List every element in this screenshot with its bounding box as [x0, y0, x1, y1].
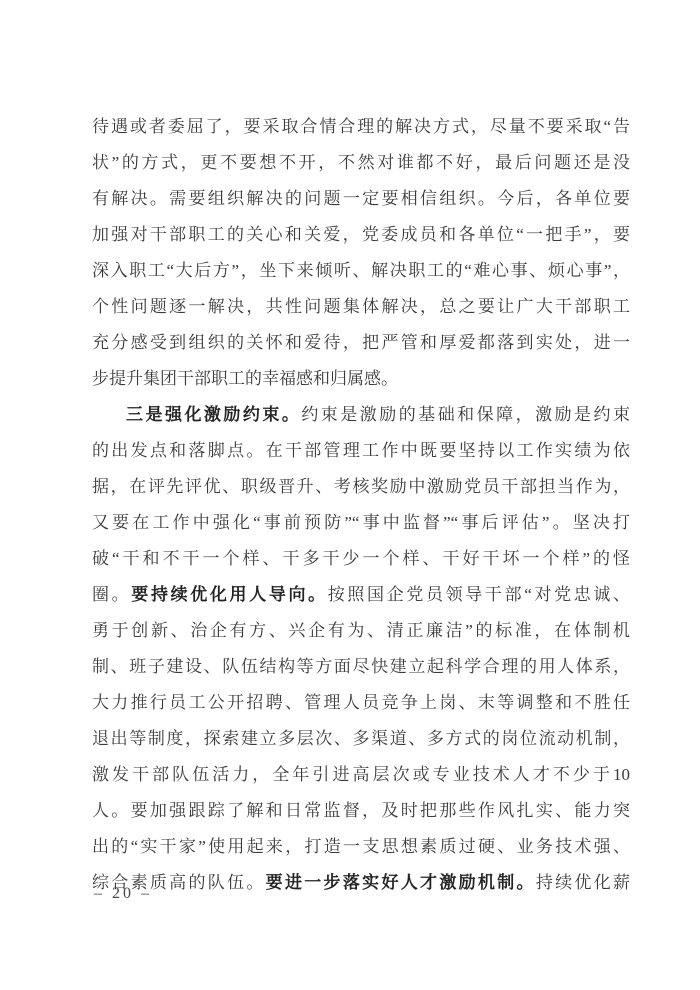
text-line: 大力推行员工公开招聘、管理人员竞争上岗、末等调整和不胜任 — [92, 685, 630, 721]
line-text: 据，在评先评优、职级晋升、考核奖励中激励党员干部担当作为， — [92, 477, 630, 496]
bold-heading-text: 三是强化激励约束。 — [126, 405, 301, 424]
text-line: 圈。要持续优化用人导向。按照国企党员领导干部“对党忠诚、 — [92, 577, 630, 613]
text-line: 退出等制度，探索建立多层次、多渠道、多方式的岗位流动机制， — [92, 721, 630, 757]
line-text: 激发干部队伍活力，全年引进高层次或专业技术人才不少于10 — [92, 765, 630, 784]
text-block: 待遇或者委屈了，要采取合情合理的解决方式，尽量不要采取“告 状”的方式，更不要想… — [92, 109, 630, 901]
line-text: 破“干和不干一个样、干多干少一个样、干好干坏一个样”的怪 — [92, 549, 630, 568]
line-text: 圈。 — [92, 585, 131, 604]
line-text: 退出等制度，探索建立多层次、多渠道、多方式的岗位流动机制， — [92, 729, 630, 748]
line-text: 约束是激励的基础和保障，激励是约束 — [301, 405, 630, 424]
line-text: 按照国企党员领导干部“对党忠诚、 — [328, 585, 630, 604]
line-text: 状”的方式，更不要想不开，不然对谁都不好，最后问题还是没 — [92, 153, 630, 172]
line-text: 步提升集团干部职工的幸福感和归属感。 — [92, 369, 398, 388]
line-text: 个性问题逐一解决，共性问题集体解决，总之要让广大干部职工 — [92, 297, 630, 316]
line-text: 大力推行员工公开招聘、管理人员竞争上岗、末等调整和不胜任 — [92, 693, 630, 712]
text-line: 加强对干部职工的关心和关爱，党委成员和各单位“一把手”，要 — [92, 217, 630, 253]
text-line: 出的“实干家”使用起来，打造一支思想素质过硬、业务技术强、 — [92, 829, 630, 865]
text-line: 状”的方式，更不要想不开，不然对谁都不好，最后问题还是没 — [92, 145, 630, 181]
text-line: 待遇或者委屈了，要采取合情合理的解决方式，尽量不要采取“告 — [92, 109, 630, 145]
line-text: 待遇或者委屈了，要采取合情合理的解决方式，尽量不要采取“告 — [92, 117, 630, 136]
line-text: 人。要加强跟踪了解和日常监督，及时把那些作风扎实、能力突 — [92, 801, 630, 820]
text-line: 的出发点和落脚点。在干部管理工作中既要坚持以工作实绩为依 — [92, 433, 630, 469]
line-text: 加强对干部职工的关心和关爱，党委成员和各单位“一把手”，要 — [92, 225, 630, 244]
text-line: 激发干部队伍活力，全年引进高层次或专业技术人才不少于10 — [92, 757, 630, 793]
text-line: 制、班子建设、队伍结构等方面尽快建立起科学合理的用人体系， — [92, 649, 630, 685]
text-line: 据，在评先评优、职级晋升、考核奖励中激励党员干部担当作为， — [92, 469, 630, 505]
text-line: 深入职工“大后方”，坐下来倾听、解决职工的“难心事、烦心事”， — [92, 253, 630, 289]
line-text: 有解决。需要组织解决的问题一定要相信组织。今后，各单位要 — [92, 189, 630, 208]
document-page: 待遇或者委屈了，要采取合情合理的解决方式，尽量不要采取“告 状”的方式，更不要想… — [0, 0, 700, 990]
page-number: – 20 – — [94, 882, 152, 906]
text-line: 有解决。需要组织解决的问题一定要相信组织。今后，各单位要 — [92, 181, 630, 217]
text-line: 综合素质高的队伍。要进一步落实好人才激励机制。持续优化薪 — [92, 865, 630, 901]
line-text: 又要在工作中强化“事前预防”“事中监督”“事后评估”。坚决打 — [92, 513, 630, 532]
line-text: 充分感受到组织的关怀和爱待，把严管和厚爱都落到实处，进一 — [92, 333, 630, 352]
line-text: 深入职工“大后方”，坐下来倾听、解决职工的“难心事、烦心事”， — [92, 261, 630, 280]
bold-heading-text: 要进一步落实好人才激励机制。 — [266, 873, 536, 892]
text-line: 步提升集团干部职工的幸福感和归属感。 — [92, 361, 630, 397]
line-text: 的出发点和落脚点。在干部管理工作中既要坚持以工作实绩为依 — [92, 441, 630, 460]
text-line: 个性问题逐一解决，共性问题集体解决，总之要让广大干部职工 — [92, 289, 630, 325]
line-text: 勇于创新、治企有方、兴企有为、清正廉洁”的标准，在体制机 — [92, 621, 630, 640]
line-text: 制、班子建设、队伍结构等方面尽快建立起科学合理的用人体系， — [92, 657, 630, 676]
text-line: 人。要加强跟踪了解和日常监督，及时把那些作风扎实、能力突 — [92, 793, 630, 829]
text-line: 勇于创新、治企有方、兴企有为、清正廉洁”的标准，在体制机 — [92, 613, 630, 649]
text-line: 充分感受到组织的关怀和爱待，把严管和厚爱都落到实处，进一 — [92, 325, 630, 361]
text-line-paragraph-start: 三是强化激励约束。约束是激励的基础和保障，激励是约束 — [92, 397, 630, 433]
text-line: 又要在工作中强化“事前预防”“事中监督”“事后评估”。坚决打 — [92, 505, 630, 541]
text-line: 破“干和不干一个样、干多干少一个样、干好干坏一个样”的怪 — [92, 541, 630, 577]
bold-heading-text: 要持续优化用人导向。 — [131, 585, 327, 604]
line-text: 持续优化薪 — [536, 873, 630, 892]
line-text: 出的“实干家”使用起来，打造一支思想素质过硬、业务技术强、 — [92, 837, 630, 856]
